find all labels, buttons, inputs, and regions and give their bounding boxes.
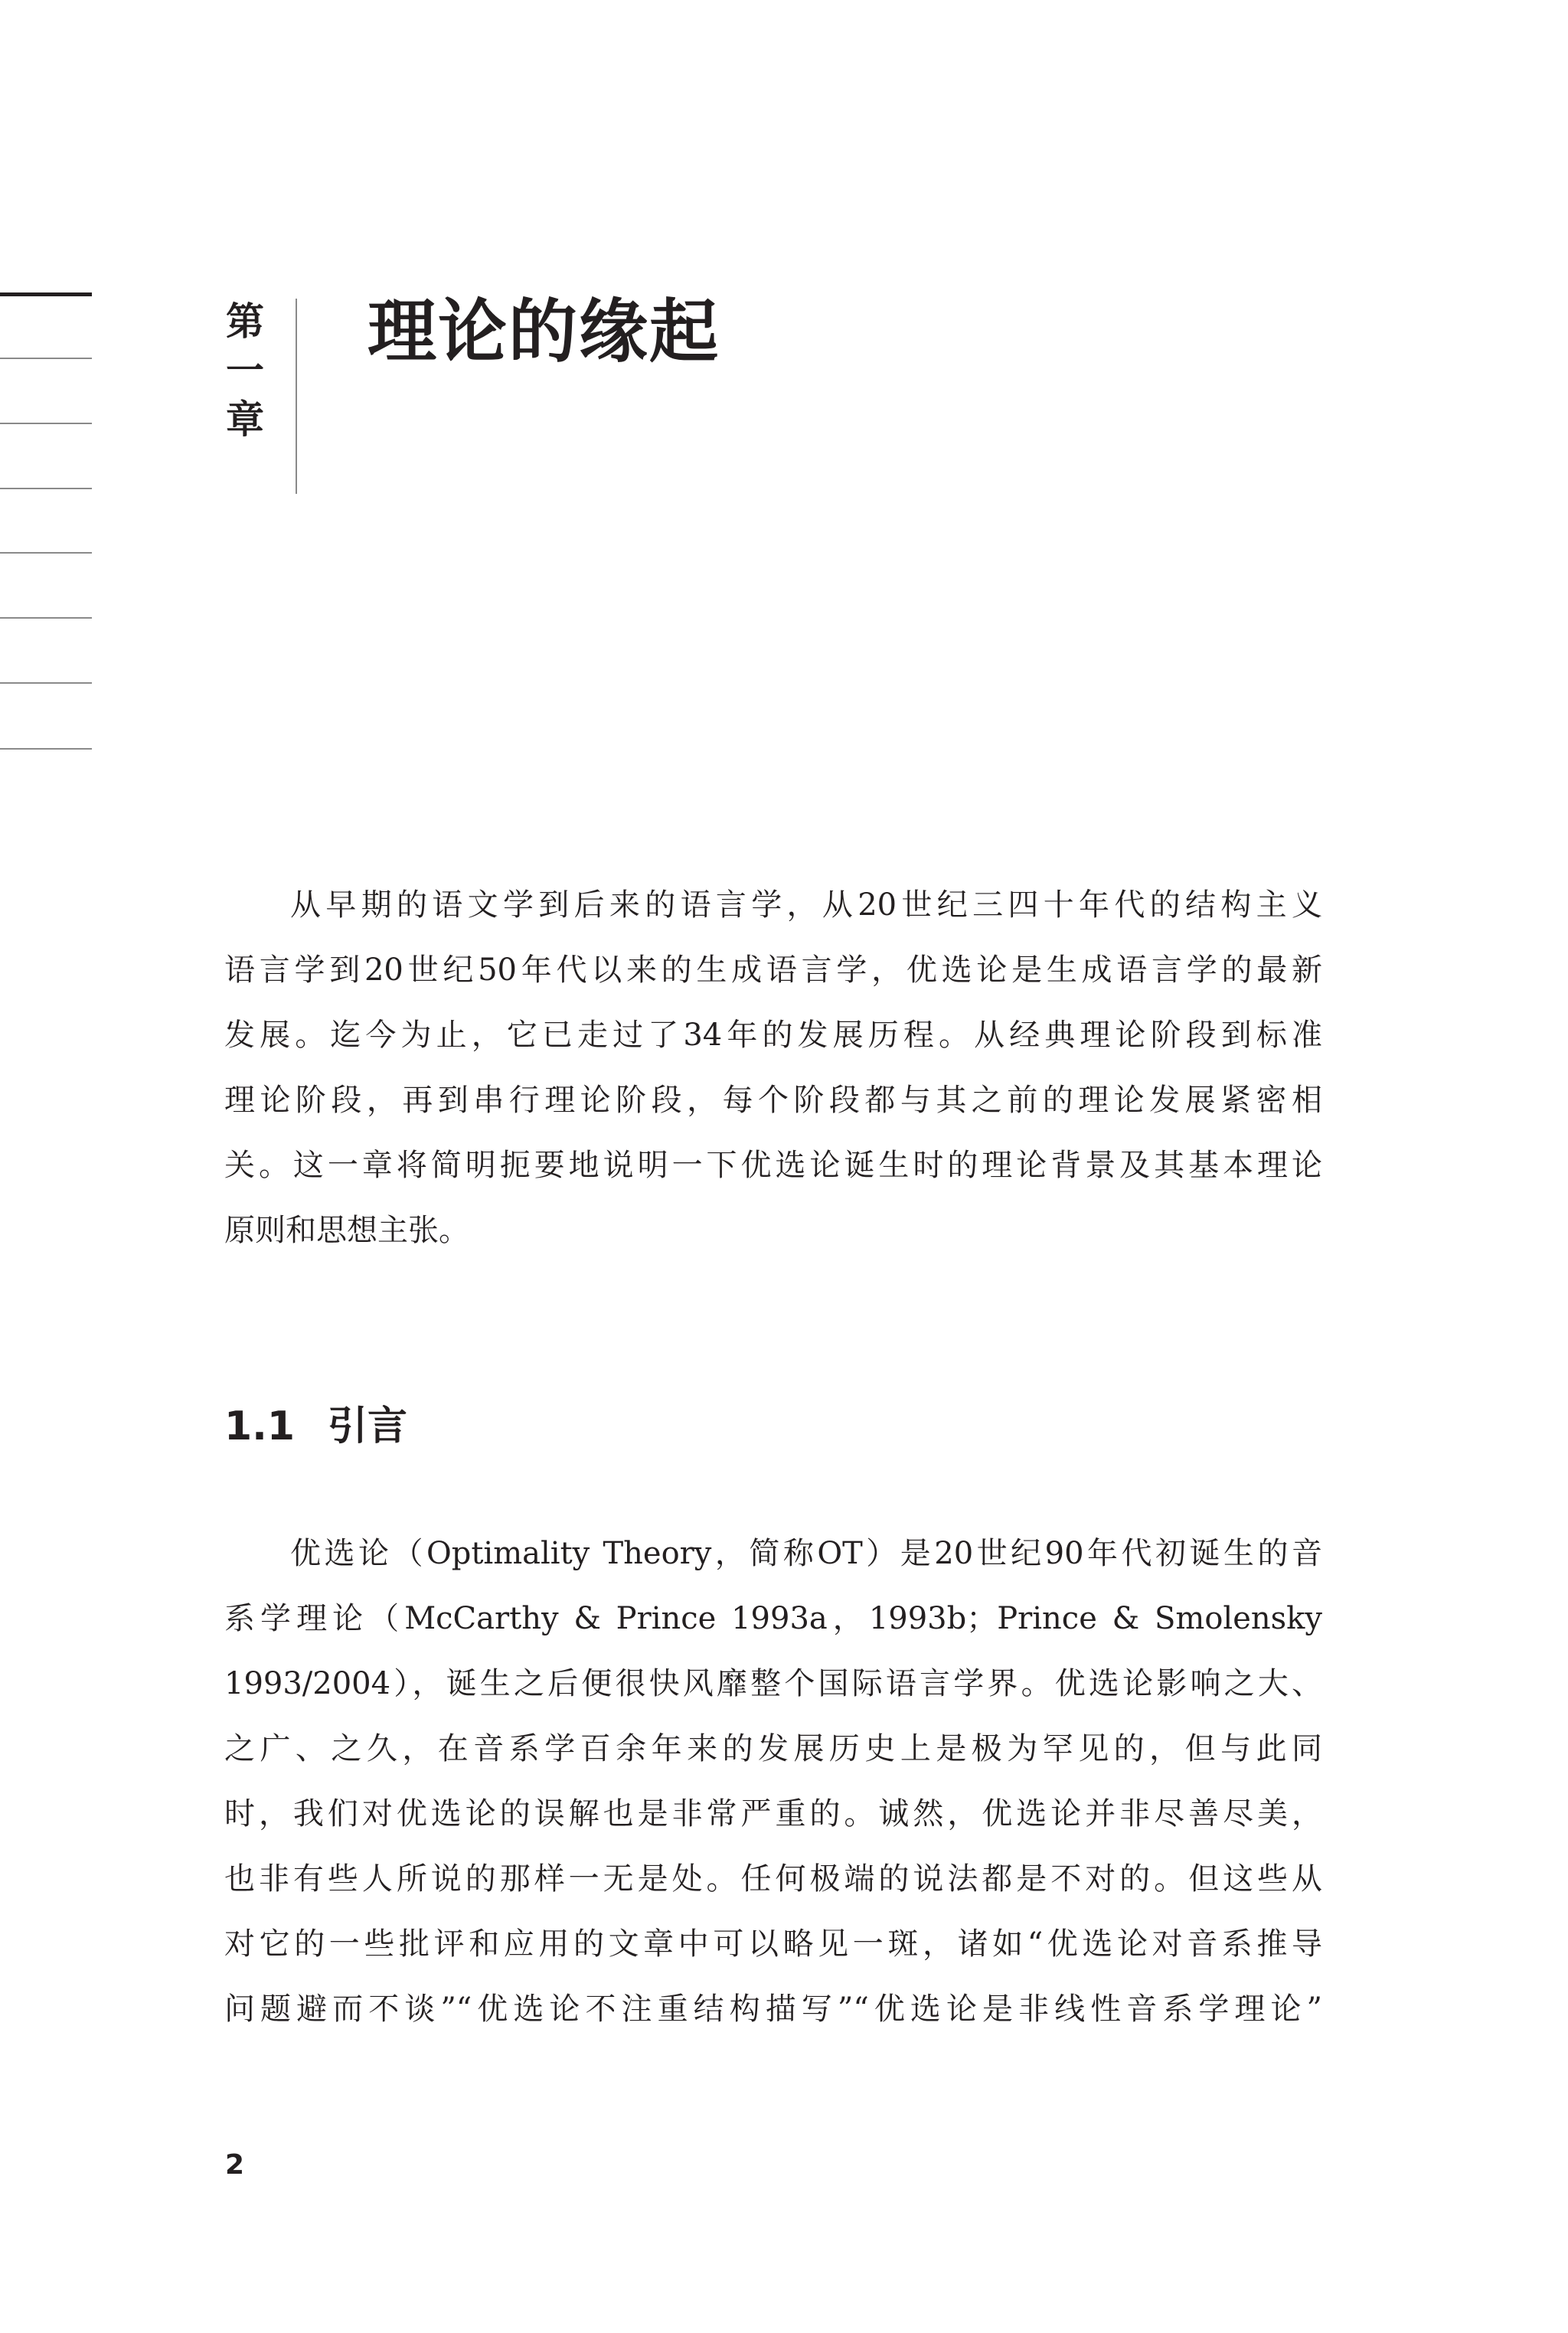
chapter-label-char: 一 bbox=[222, 346, 268, 395]
edge-mark-line bbox=[0, 358, 92, 359]
paragraph-line: 从早期的语文学到后来的语言学，从20世纪三四十年代的结构主义 bbox=[224, 873, 1322, 938]
page-number: 2 bbox=[225, 2148, 244, 2182]
chapter-divider bbox=[296, 299, 297, 494]
edge-mark-line bbox=[0, 423, 92, 424]
paragraph-line: 系学理论（McCarthy & Prince 1993a，1993b；Princ… bbox=[224, 1586, 1322, 1652]
section-heading: 1.1引言 bbox=[224, 1400, 407, 1453]
edge-mark-line bbox=[0, 292, 92, 296]
edge-mark-line bbox=[0, 617, 92, 619]
paragraph-line: 1993/2004），诞生之后便很快风靡整个国际语言学界。优选论影响之大、 bbox=[224, 1652, 1322, 1717]
paragraph-line: 之广、之久，在音系学百余年来的发展历史上是极为罕见的，但与此同 bbox=[224, 1717, 1322, 1782]
paragraph-line: 问题避而不谈”“优选论不注重结构描写”“优选论是非线性音系学理论” bbox=[224, 1977, 1322, 2042]
paragraph-line: 时，我们对优选论的误解也是非常严重的。诚然，优选论并非尽善尽美， bbox=[224, 1782, 1322, 1847]
paragraph-line: 发展。迄今为止，它已走过了34年的发展历程。从经典理论阶段到标准 bbox=[224, 1003, 1322, 1068]
paragraph-line: 理论阶段，再到串行理论阶段，每个阶段都与其之前的理论发展紧密相 bbox=[224, 1068, 1322, 1133]
chapter-label-char: 第 bbox=[222, 297, 268, 346]
edge-mark-line bbox=[0, 682, 92, 684]
section-title: 引言 bbox=[328, 1403, 407, 1449]
paragraph-line: 原则和思想主张。 bbox=[224, 1198, 1322, 1263]
paragraph-line: 也非有些人所说的那样一无是处。任何极端的说法都是不对的。但这些从 bbox=[224, 1847, 1322, 1912]
edge-mark-line bbox=[0, 552, 92, 554]
chapter-label-char: 章 bbox=[222, 395, 268, 444]
chapter-title: 理论的缘起 bbox=[367, 289, 720, 374]
section-number: 1.1 bbox=[224, 1400, 328, 1453]
paragraph-line: 关。这一章将简明扼要地说明一下优选论诞生时的理论背景及其基本理论 bbox=[224, 1133, 1322, 1198]
paragraph-line: 语言学到20世纪50年代以来的生成语言学，优选论是生成语言学的最新 bbox=[224, 938, 1322, 1003]
edge-mark-line bbox=[0, 748, 92, 750]
intro-paragraph: 从早期的语文学到后来的语言学，从20世纪三四十年代的结构主义 语言学到20世纪5… bbox=[224, 873, 1322, 1263]
paragraph-line: 优选论（Optimality Theory，简称OT）是20世纪90年代初诞生的… bbox=[224, 1521, 1322, 1586]
section-paragraph: 优选论（Optimality Theory，简称OT）是20世纪90年代初诞生的… bbox=[224, 1521, 1322, 2042]
chapter-label: 第 一 章 bbox=[222, 297, 268, 444]
paragraph-line: 对它的一些批评和应用的文章中可以略见一斑，诸如“优选论对音系推导 bbox=[224, 1912, 1322, 1977]
edge-mark-line bbox=[0, 488, 92, 489]
